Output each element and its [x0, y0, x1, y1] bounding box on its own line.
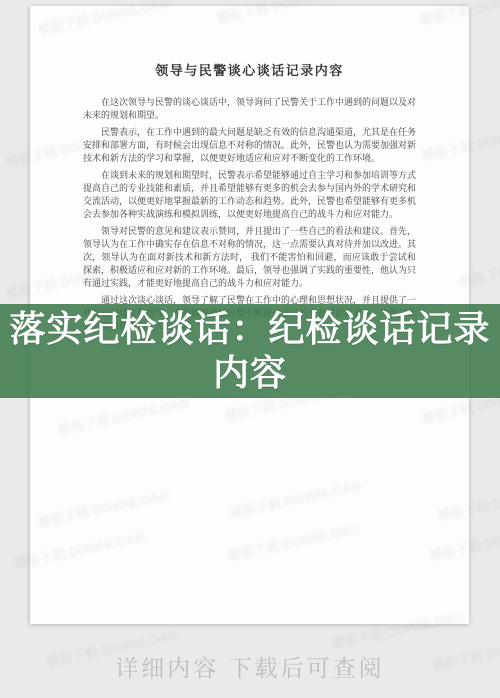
green-title-banner: 落实纪检谈话：纪检谈话记录 内容	[0, 304, 500, 398]
banner-title-line1: 落实纪检谈话：纪检谈话记录	[9, 307, 490, 351]
doc-paragraph: 在这次领导与民警的谈心谈话中，领导询问了民警关于工作中遇到的问题以及对未来的规划…	[83, 96, 416, 122]
doc-paragraph: 在谈到未来的规划和期望时，民警表示希望能够通过自主学习和参加培训等方式提高自己的…	[83, 169, 416, 221]
download-hint-text: 详细内容 下载后可查阅	[0, 650, 500, 683]
doc-paragraph: 领导对民警的意见和建议表示赞同，并且提出了一些自己的看法和建议。首先，领导认为在…	[83, 225, 416, 290]
template-preview: 模板下载 DOWNLOAD 模板下载 DOWNLOAD 模板下载 DOWNLOA…	[0, 0, 500, 698]
banner-title-line2: 内容	[213, 351, 287, 395]
doc-paragraph: 民警表示，在工作中遇到的最大问题是缺乏有效的信息沟通渠道，尤其是在任务安排和部署…	[83, 126, 416, 165]
document-title: 领导与民警谈心谈话记录内容	[30, 6, 469, 80]
document-body: 在这次领导与民警的谈心谈话中，领导询问了民警关于工作中遇到的问题以及对未来的规划…	[83, 96, 416, 333]
